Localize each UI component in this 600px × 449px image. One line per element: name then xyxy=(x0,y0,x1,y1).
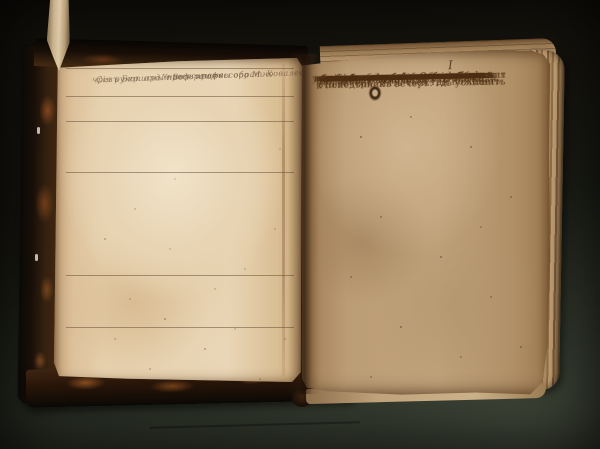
manuscript-text: пине прилѣжно дневное совершапеч. гдь во… xyxy=(322,70,534,74)
binding-staple xyxy=(37,127,40,134)
ruled-line xyxy=(66,121,294,122)
background-shadow-line xyxy=(150,421,360,428)
foxing-speckles xyxy=(74,88,76,90)
ruled-line xyxy=(66,327,294,328)
binding-staple xyxy=(35,254,38,261)
ruled-line xyxy=(66,172,294,173)
photo-background: Сія рукописныя Возвращены обратно чрезъ … xyxy=(0,0,600,449)
right-page: пине прилѣжно дневное совершапеч. гдь во… xyxy=(302,50,550,396)
inscription-line: Университета xyxy=(162,70,224,83)
ruled-line xyxy=(66,68,294,69)
ruled-line xyxy=(66,96,294,97)
ruled-line xyxy=(66,275,294,276)
left-page: Сія рукописныя Возвращены обратно чрезъ … xyxy=(54,58,302,382)
folio-number: І xyxy=(448,58,457,72)
wormhole-mark xyxy=(366,82,384,104)
gutter-shadow xyxy=(288,54,320,394)
page-fold-line xyxy=(282,64,285,376)
